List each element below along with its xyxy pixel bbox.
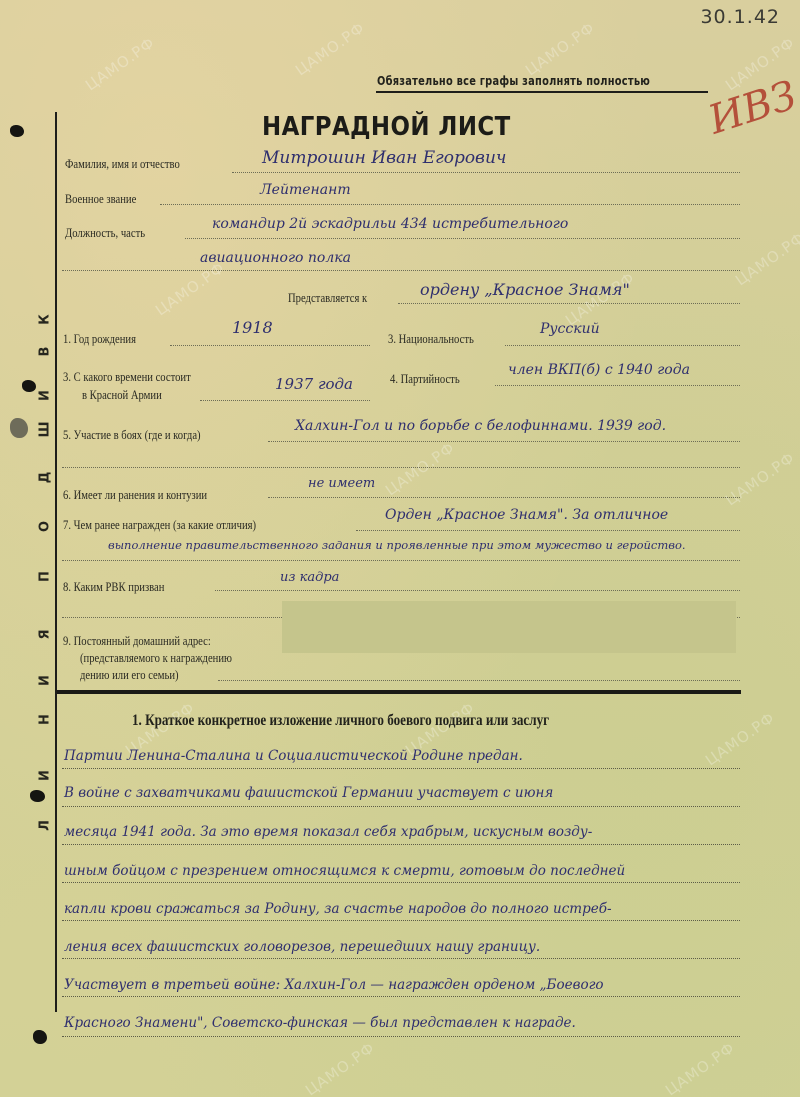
rvk-value: из кадра <box>280 570 339 585</box>
watermark: ЦАМО.РФ <box>522 19 598 80</box>
watermark: ЦАМО.РФ <box>82 34 158 95</box>
margin-letter: И <box>38 389 53 403</box>
margin-letter: Н <box>38 713 53 727</box>
birth-year-value: 1918 <box>232 318 273 337</box>
nominated-label: Представляется к <box>288 291 367 306</box>
narrative-line: Участвует в третьей войне: Халхин-Гол — … <box>64 977 604 993</box>
narrative-line: ления всех фашистских головорезов, переш… <box>64 939 540 955</box>
narrative-line: капли крови сражаться за Родину, за счас… <box>64 901 612 917</box>
battles-line <box>268 441 740 442</box>
watermark: ЦАМО.РФ <box>702 709 778 770</box>
position-value-2: авиационного полка <box>200 250 351 266</box>
address-label-2: (представляемого к награждению <box>80 651 232 666</box>
nationality-line <box>505 345 740 346</box>
punch-hole <box>10 418 28 438</box>
narrative-rule <box>62 806 740 807</box>
rank-value: Лейтенант <box>260 182 351 198</box>
watermark: ЦАМО.РФ <box>382 439 458 500</box>
instruction-underline <box>376 91 708 93</box>
rvk-line <box>215 590 740 591</box>
section-title: 1. Краткое конкретное изложение личного … <box>132 712 549 730</box>
battles-line-2 <box>62 467 740 468</box>
watermark: ЦАМО.РФ <box>152 259 228 320</box>
nationality-label: 3. Национальность <box>388 332 474 347</box>
address-label-3: дению или его семьи) <box>80 668 179 683</box>
army-since-line <box>200 400 370 401</box>
rank-line <box>160 204 740 205</box>
margin-letter: Д <box>38 471 53 485</box>
wounds-line <box>268 497 740 498</box>
margin-letter: О <box>38 520 53 534</box>
narrative-rule <box>62 844 740 845</box>
name-label: Фамилия, имя и отчество <box>65 157 180 172</box>
awards-line <box>356 530 740 531</box>
narrative-line: шным бойцом с презрением относящимся к с… <box>64 863 625 879</box>
narrative-line: В войне с захватчиками фашистской Герман… <box>64 785 553 801</box>
nominated-line <box>398 303 740 304</box>
margin-letter: В <box>38 345 53 359</box>
punch-hole <box>33 1030 47 1044</box>
narrative-rule <box>62 996 740 997</box>
battles-label: 5. Участие в боях (где и когда) <box>63 428 201 443</box>
punch-hole <box>22 380 36 392</box>
narrative-rule <box>62 768 740 769</box>
margin-letter: П <box>38 570 53 584</box>
army-since-label: 3. С какого времени состоит <box>63 370 191 385</box>
watermark: ЦАМО.РФ <box>732 229 800 290</box>
narrative-rule <box>62 882 740 883</box>
party-line <box>495 385 740 386</box>
awards-label: 7. Чем ранее награжден (за какие отличия… <box>63 518 256 533</box>
birth-year-label: 1. Год рождения <box>63 332 136 347</box>
margin-letter: К <box>38 313 53 327</box>
nominated-value: ордену „Красное Знамя" <box>420 280 630 299</box>
date-annotation: 30.1.42 <box>700 6 780 28</box>
section-divider <box>57 690 741 694</box>
party-value: член ВКП(б) с 1940 года <box>508 362 690 378</box>
army-since-value: 1937 года <box>275 375 353 393</box>
position-value: командир 2й эскадрильи 434 истребительно… <box>212 216 568 232</box>
name-value: Митрошин Иван Егорович <box>262 148 506 168</box>
name-line <box>232 172 740 173</box>
birth-year-line <box>170 345 370 346</box>
rank-label: Военное звание <box>65 192 136 207</box>
awards-line-2 <box>62 560 740 561</box>
narrative-rule <box>62 1036 740 1037</box>
punch-hole <box>10 125 24 137</box>
position-line-2 <box>62 270 740 271</box>
awards-value: Орден „Красное Знамя". За отличное <box>385 507 668 523</box>
address-label: 9. Постоянный домашний адрес: <box>63 634 211 649</box>
narrative-line: месяца 1941 года. За это время показал с… <box>64 824 592 840</box>
narrative-rule <box>62 920 740 921</box>
margin-letter: Л <box>38 819 53 833</box>
red-pencil-annotation: ИВЗ <box>703 72 800 143</box>
awards-value-2: выполнение правительственного задания и … <box>108 538 686 552</box>
rvk-label: 8. Каким РВК призван <box>63 580 164 595</box>
redacted-address <box>282 601 736 653</box>
wounds-label: 6. Имеет ли ранения и контузии <box>63 488 207 503</box>
narrative-rule <box>62 958 740 959</box>
wounds-value: не имеет <box>308 476 375 491</box>
narrative-line: Красного Знамени", Советско-финская — бы… <box>64 1015 576 1031</box>
battles-value: Халхин-Гол и по борьбе с белофиннами. 19… <box>295 418 666 434</box>
margin-letter: Я <box>38 628 53 642</box>
page-title: НАГРАДНОЙ ЛИСТ <box>262 112 511 142</box>
margin-letter: И <box>38 674 53 688</box>
position-line <box>185 238 740 239</box>
margin-letter: И <box>38 769 53 783</box>
address-line <box>218 680 740 681</box>
nationality-value: Русский <box>540 321 600 337</box>
punch-hole <box>30 790 45 802</box>
watermark: ЦАМО.РФ <box>292 19 368 80</box>
binding-line <box>55 112 57 1012</box>
watermark: ЦАМО.РФ <box>722 449 798 510</box>
form-instruction: Обязательно все графы заполнять полность… <box>377 74 650 88</box>
narrative-line: Партии Ленина-Сталина и Социалистической… <box>64 748 523 764</box>
watermark: ЦАМО.РФ <box>302 1039 378 1097</box>
margin-letter: Ш <box>38 424 53 438</box>
watermark: ЦАМО.РФ <box>662 1039 738 1097</box>
army-since-label-2: в Красной Армии <box>82 388 162 403</box>
position-label: Должность, часть <box>65 226 145 241</box>
party-label: 4. Партийность <box>390 372 460 387</box>
